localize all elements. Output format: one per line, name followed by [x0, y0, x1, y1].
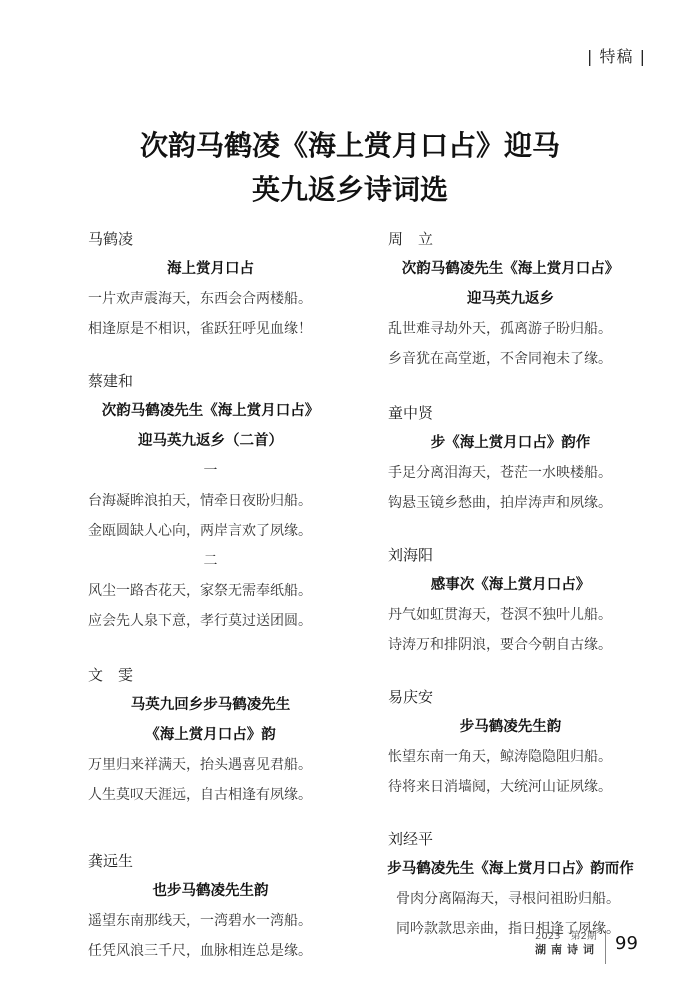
poem: 马鹤凌 海上赏月口占 一片欢声震海天，东西会合两楼船。 相逢原是不相识，雀跃狂呼… — [88, 224, 333, 344]
poem: 童中贤 步《海上赏月口占》韵作 手足分离泪海天，苍茫一水映楼船。 钩悬玉镜乡愁曲… — [388, 398, 633, 518]
poem-line: 遥望东南那线天，一湾碧水一湾船。 — [88, 906, 333, 936]
poem-title: 海上赏月口占 — [88, 254, 333, 284]
poem-line: 钩悬玉镜乡愁曲，拍岸涛声和夙缘。 — [388, 488, 633, 518]
poem-title: 迎马英九返乡（二首） — [88, 426, 333, 456]
poem-title: 次韵马鹤凌先生《海上赏月口占》 — [74, 396, 347, 426]
poem-author: 童中贤 — [388, 398, 633, 428]
poem-author: 龚远生 — [88, 846, 333, 876]
poem-title: 也步马鹤凌先生韵 — [88, 876, 333, 906]
poem-line: 乡音犹在高堂逝，不舍同袍未了缘。 — [388, 344, 633, 374]
poem: 蔡建和 次韵马鹤凌先生《海上赏月口占》 迎马英九返乡（二首） 一 台海凝眸浪拍天… — [88, 366, 333, 636]
section-tag: | 特稿 | — [587, 44, 646, 67]
poem-line: 金瓯圆缺人心向，两岸言欢了夙缘。 — [88, 516, 333, 546]
footer-divider — [605, 930, 606, 964]
poem-title: 马英九回乡步马鹤凌先生 — [88, 690, 333, 720]
poem-line: 乱世难寻劫外天，孤离游子盼归船。 — [388, 314, 633, 344]
magazine-name: 湖南诗词 — [535, 943, 599, 957]
poem-part-number: 二 — [88, 546, 333, 576]
poem-author: 刘经平 — [388, 824, 633, 854]
poem-line: 相逢原是不相识，雀跃狂呼见血缘！ — [88, 314, 333, 344]
poem: 易庆安 步马鹤凌先生韵 怅望东南一角天，鲸涛隐隐阻归船。 待将来日消墙阋，大统河… — [388, 682, 633, 802]
page-number: 99 — [615, 933, 638, 954]
poem-title: 次韵马鹤凌先生《海上赏月口占》 — [374, 254, 647, 284]
poem: 刘经平 步马鹤凌先生《海上赏月口占》韵而作 骨肉分离隔海天，寻根问祖盼归船。 同… — [388, 824, 633, 944]
poem-line: 诗涛万和排阴浪，要合今朝自古缘。 — [388, 630, 633, 660]
poem-title: 《海上赏月口占》韵 — [88, 720, 333, 750]
poem-title: 步马鹤凌先生《海上赏月口占》韵而作 — [374, 854, 647, 884]
poem: 龚远生 也步马鹤凌先生韵 遥望东南那线天，一湾碧水一湾船。 任凭风浪三千尺，血脉… — [88, 846, 333, 966]
poem-line: 怅望东南一角天，鲸涛隐隐阻归船。 — [388, 742, 633, 772]
poem: 文 雯 马英九回乡步马鹤凌先生 《海上赏月口占》韵 万里归来祥满天，抬头遇喜见君… — [88, 660, 333, 810]
poem-line: 丹气如虹贯海天，苍溟不独叶儿船。 — [388, 600, 633, 630]
poem-part-number: 一 — [88, 456, 333, 486]
left-column: 马鹤凌 海上赏月口占 一片欢声震海天，东西会合两楼船。 相逢原是不相识，雀跃狂呼… — [88, 224, 333, 966]
poem-line: 任凭风浪三千尺，血脉相连总是缘。 — [88, 936, 333, 966]
article-title: 次韵马鹤凌《海上赏月口占》迎马 英九返乡诗词选 — [0, 124, 700, 212]
poem-author: 易庆安 — [388, 682, 633, 712]
poem-line: 台海凝眸浪拍天，情牵日夜盼归船。 — [88, 486, 333, 516]
poem-title: 感事次《海上赏月口占》 — [388, 570, 633, 600]
poem-line: 应会先人泉下意，孝行莫过送团圆。 — [88, 606, 333, 636]
page-footer: 2023 第2期 湖南诗词 99 — [535, 930, 599, 957]
poem-line: 风尘一路杏花天，家祭无需奉纸船。 — [88, 576, 333, 606]
poem-author: 马鹤凌 — [88, 224, 333, 254]
poem-author: 蔡建和 — [88, 366, 333, 396]
poem-line: 骨肉分离隔海天，寻根问祖盼归船。 — [388, 884, 633, 914]
poem-title: 步《海上赏月口占》韵作 — [388, 428, 633, 458]
poem-author: 周 立 — [388, 224, 633, 254]
poem: 周 立 次韵马鹤凌先生《海上赏月口占》 迎马英九返乡 乱世难寻劫外天，孤离游子盼… — [388, 224, 633, 374]
poem-title: 步马鹤凌先生韵 — [388, 712, 633, 742]
poem-author: 刘海阳 — [388, 540, 633, 570]
poem-line: 一片欢声震海天，东西会合两楼船。 — [88, 284, 333, 314]
poem: 刘海阳 感事次《海上赏月口占》 丹气如虹贯海天，苍溟不独叶儿船。 诗涛万和排阴浪… — [388, 540, 633, 660]
poem-line: 手足分离泪海天，苍茫一水映楼船。 — [388, 458, 633, 488]
poem-line: 待将来日消墙阋，大统河山证夙缘。 — [388, 772, 633, 802]
poem-title: 迎马英九返乡 — [388, 284, 633, 314]
poem-line: 人生莫叹天涯远，自古相逢有夙缘。 — [88, 780, 333, 810]
title-line-1: 次韵马鹤凌《海上赏月口占》迎马 — [0, 124, 700, 168]
poem-author: 文 雯 — [88, 660, 333, 690]
poem-line: 万里归来祥满天，抬头遇喜见君船。 — [88, 750, 333, 780]
issue-label: 2023 第2期 — [535, 930, 599, 943]
title-line-2: 英九返乡诗词选 — [0, 168, 700, 212]
right-column: 周 立 次韵马鹤凌先生《海上赏月口占》 迎马英九返乡 乱世难寻劫外天，孤离游子盼… — [388, 224, 633, 944]
